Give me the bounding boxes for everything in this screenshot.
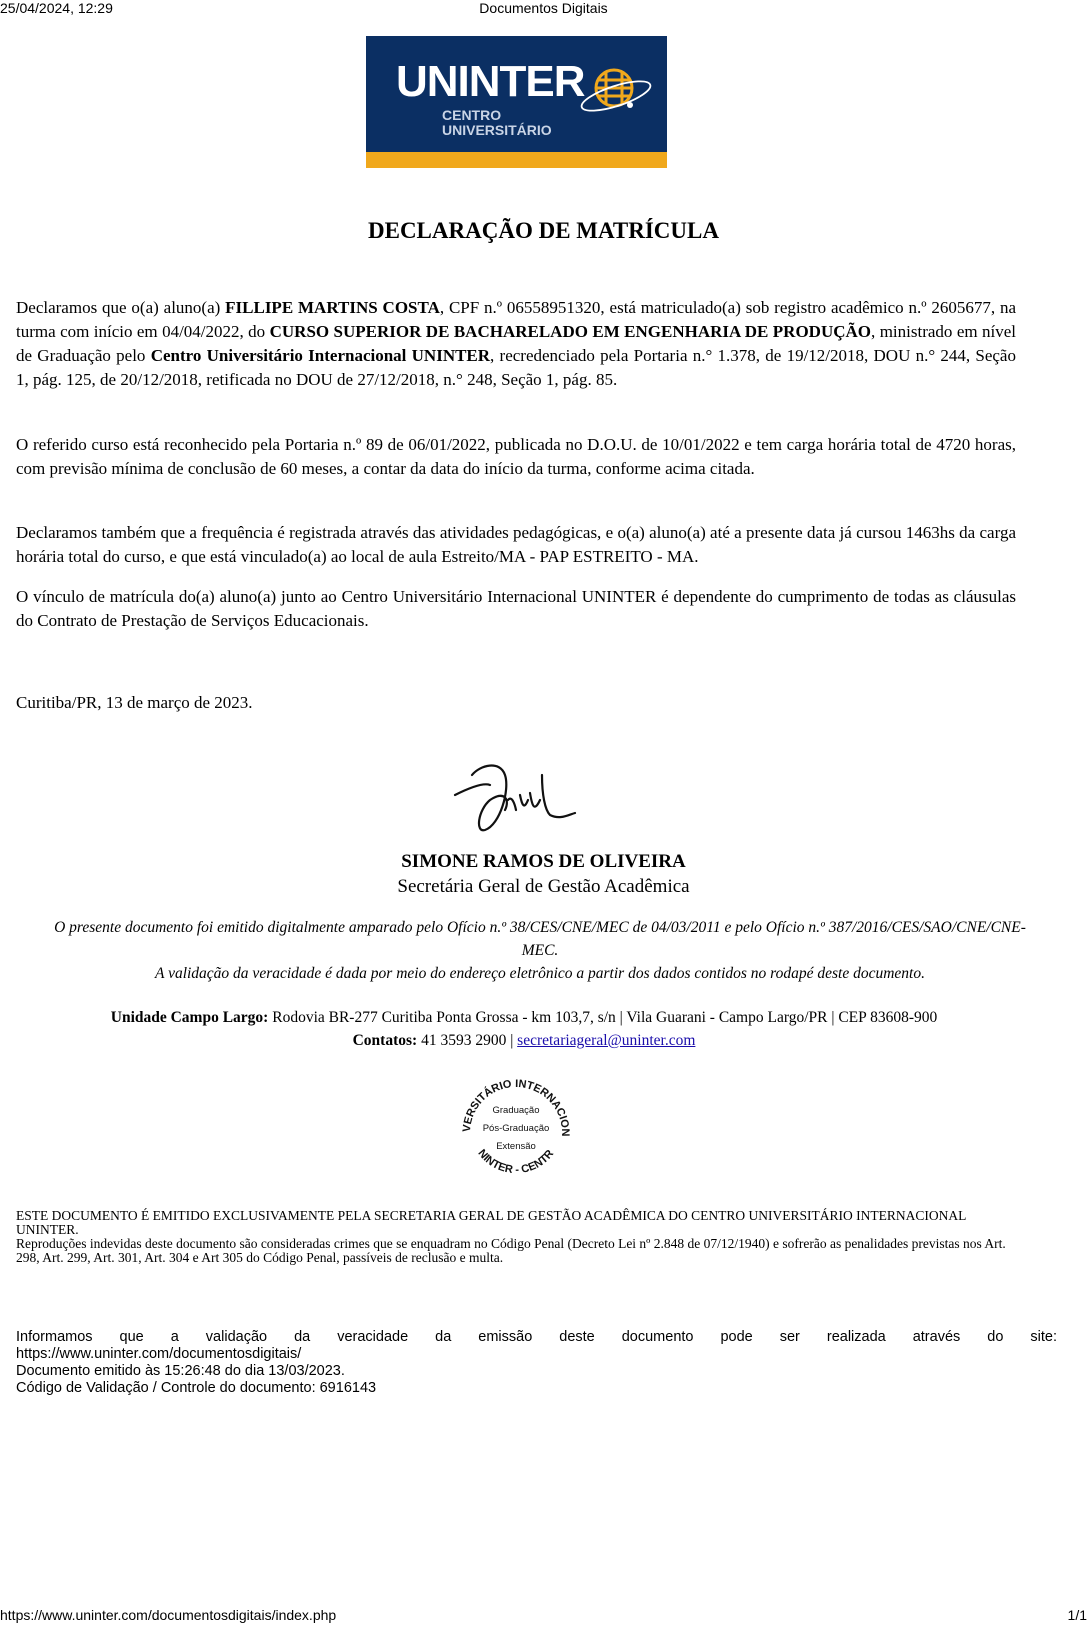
declaration-paragraph: Declaramos que o(a) aluno(a) FILLIPE MAR… [16,296,1016,392]
svg-text:Graduação: Graduação [492,1105,539,1116]
notice-line2: Reproduções indevidas deste documento sã… [16,1237,1026,1265]
contact-address: Unidade Campo Largo: Rodovia BR-277 Curi… [0,1006,1034,1052]
print-page-title: Documentos Digitais [0,0,1087,16]
notice-line1: ESTE DOCUMENTO É EMITIDO EXCLUSIVAMENTE … [16,1209,1026,1237]
signature-image [450,755,580,845]
email-link[interactable]: secretariageral@uninter.com [517,1032,695,1049]
validation-url: https://www.uninter.com/documentosdigita… [16,1346,1057,1363]
text: Declaramos que o(a) aluno(a) [16,298,225,317]
contacts-label: Contatos: [353,1032,418,1049]
validation-info: Informamos que a validação da veracidade… [16,1329,1057,1397]
logo-subtitle: CENTRO UNIVERSITÁRIO [442,108,552,138]
logo-subtitle-line2: UNIVERSITÁRIO [442,123,552,138]
logo-wordmark: UNINTER [396,58,585,106]
institution-seal-icon: UNIVERSITÁRIO INTERNACIONAL UNINTER - CE… [456,1063,576,1195]
uninter-logo: UNINTER CENTRO UNIVERSITÁRIO [366,36,667,168]
document-title: DECLARAÇÃO DE MATRÍCULA [0,218,1087,244]
page-number: 1/1 [1068,1607,1087,1623]
svg-text:Extensão: Extensão [496,1141,536,1152]
student-name: FILLIPE MARTINS COSTA [225,298,440,317]
legal-note: O presente documento foi emitido digital… [40,916,1040,985]
place-date: Curitiba/PR, 13 de março de 2023. [16,693,253,713]
svg-text:Pós-Graduação: Pós-Graduação [483,1123,550,1134]
validation-intro: Informamos que a validação da veracidade… [16,1329,1057,1346]
course-name: CURSO SUPERIOR DE BACHARELADO EM ENGENHA… [270,322,871,341]
legal-note-line2: A validação da veracidade é dada por mei… [40,962,1040,985]
signatory-role: Secretária Geral de Gestão Acadêmica [0,876,1087,898]
unit-label: Unidade Campo Largo: [111,1009,269,1026]
attendance-paragraph: Declaramos também que a frequência é reg… [16,521,1016,569]
signatory-name: SIMONE RAMOS DE OLIVEIRA [0,851,1087,873]
globe-icon [576,60,656,120]
legal-note-line1: O presente documento foi emitido digital… [40,916,1040,962]
enrollment-bond-paragraph: O vínculo de matrícula do(a) aluno(a) ju… [16,585,1016,633]
logo-stripe [366,152,667,168]
phone: 41 3593 2900 | [417,1032,517,1049]
unit-address: Rodovia BR-277 Curitiba Ponta Grossa - k… [268,1009,937,1026]
validation-code: Código de Validação / Controle do docume… [16,1380,1057,1397]
logo-subtitle-line1: CENTRO [442,108,552,123]
print-footer-url: https://www.uninter.com/documentosdigita… [0,1607,336,1623]
course-recognition-paragraph: O referido curso está reconhecido pela P… [16,433,1016,481]
institution-name: Centro Universitário Internacional UNINT… [151,346,490,365]
issue-timestamp: Documento emitido às 15:26:48 do dia 13/… [16,1363,1057,1380]
exclusivity-notice: ESTE DOCUMENTO É EMITIDO EXCLUSIVAMENTE … [16,1209,1026,1265]
